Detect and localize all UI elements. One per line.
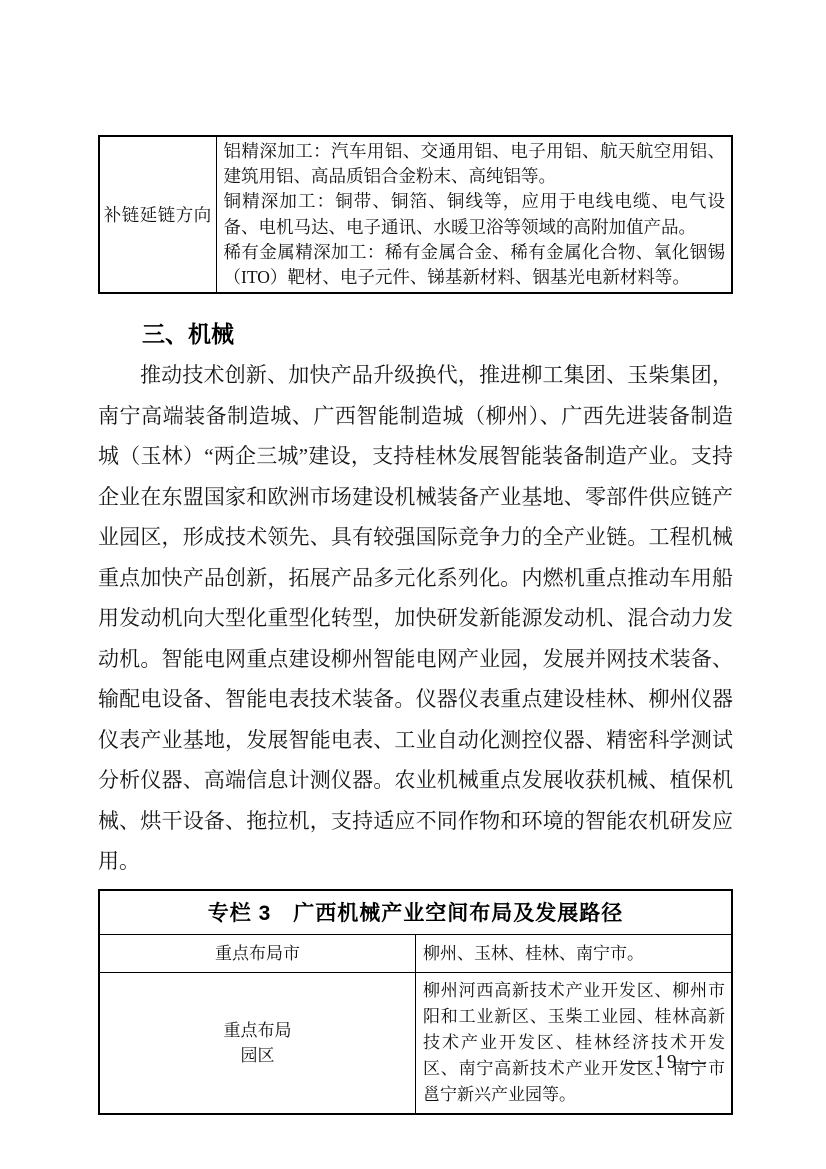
chain-row-label: 补链延链方向 (99, 136, 216, 293)
table-row: 补链延链方向 铝精深加工：汽车用铝、交通用铝、电子用铝、航天航空用铝、建筑用铝、… (99, 136, 732, 293)
document-page: 补链延链方向 铝精深加工：汽车用铝、交通用铝、电子用铝、航天航空用铝、建筑用铝、… (0, 0, 826, 1169)
key-parks-content: 柳州河西高新技术产业开发区、柳州市阳和工业新区、玉柴工业园、桂林高新技术产业开发… (416, 973, 733, 1115)
chain-direction-table: 补链延链方向 铝精深加工：汽车用铝、交通用铝、电子用铝、航天航空用铝、建筑用铝、… (98, 135, 733, 294)
key-cities-content: 柳州、玉林、桂林、南宁市。 (416, 935, 733, 973)
column3-table-title: 专栏 3 广西机械产业空间布局及发展路径 (99, 890, 732, 935)
rare-metal-processing-text: 稀有金属精深加工：稀有金属合金、稀有金属化合物、氧化铟锡（ITO）靶材、电子元件… (224, 240, 726, 290)
body-paragraph: 推动技术创新、加快产品升级换代，推进柳工集团、玉柴集团，南宁高端装备制造城、广西… (98, 355, 733, 882)
key-cities-label: 重点布局市 (99, 935, 416, 973)
table-row: 重点布局市 柳州、玉林、桂林、南宁市。 (99, 935, 732, 973)
table-row: 专栏 3 广西机械产业空间布局及发展路径 (99, 890, 732, 935)
key-parks-label: 重点布局 园区 (99, 973, 416, 1115)
section-heading-machinery: 三、机械 (142, 319, 733, 349)
column3-table: 专栏 3 广西机械产业空间布局及发展路径 重点布局市 柳州、玉林、桂林、南宁市。… (98, 889, 733, 1116)
table-row: 重点布局 园区 柳州河西高新技术产业开发区、柳州市阳和工业新区、玉柴工业园、桂林… (99, 973, 732, 1115)
chain-row-content: 铝精深加工：汽车用铝、交通用铝、电子用铝、航天航空用铝、建筑用铝、高品质铝合金粉… (216, 136, 732, 293)
aluminum-processing-text: 铝精深加工：汽车用铝、交通用铝、电子用铝、航天航空用铝、建筑用铝、高品质铝合金粉… (224, 139, 726, 189)
copper-processing-text: 铜精深加工：铜带、铜箔、铜线等，应用于电线电缆、电气设备、电机马达、电子通讯、水… (224, 189, 726, 239)
page-number: — 19 — (627, 1052, 707, 1074)
